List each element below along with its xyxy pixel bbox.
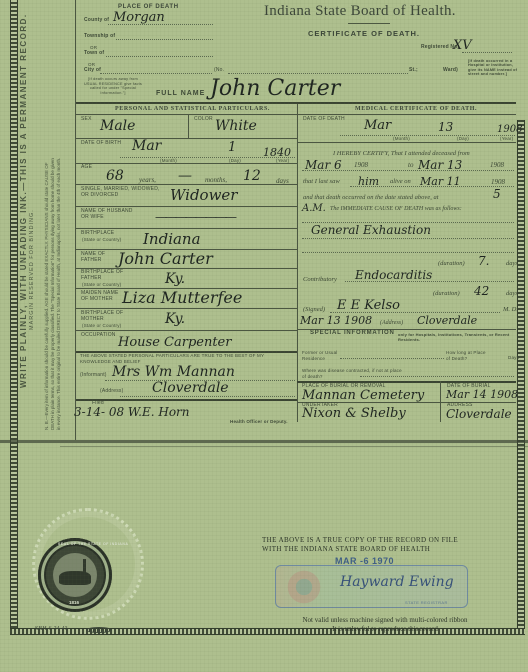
registrar-signature: Hayward Ewing [340,574,454,590]
row-rule [76,228,297,229]
hospital-note: [If death occurred in a Hospital or Inst… [468,59,520,76]
birthplace-label: BIRTHPLACE [81,231,114,237]
informant-label: (Informant) [80,373,107,379]
row-rule [76,330,297,331]
cause-duration-label: (duration) [438,260,465,267]
attest-statement: THE ABOVE STATED PERSONAL PARTICULARS AR… [80,353,295,364]
spouse-label: NAME OF HUSBAND OR WIFE [81,209,141,220]
cause-line-2 [302,238,514,239]
binding-notice: MARGIN RESERVED FOR BINDING. [29,209,35,330]
margin-divider [75,0,76,440]
full-name-label: FULL NAME [156,91,205,97]
dod-label: DATE OF DEATH [303,117,345,123]
sex-label: SEX [81,117,92,123]
last-saw-line [350,186,514,187]
burial-place-value: Mannan Cemetery [302,388,424,403]
row-rule [76,308,297,309]
undertaker-address-value: Cloverdale [446,407,512,421]
validity-notice: Not valid unless machine signed with mul… [275,616,495,634]
nb-instructions: N. B.—Every item of information should b… [44,10,62,430]
personal-particulars-heading: PERSONAL AND STATISTICAL PARTICULARS. [115,106,270,112]
informant-value: Mrs Wm Mannan [112,364,235,380]
city-line [100,73,212,74]
full-name-value: John Carter [210,76,340,101]
dod-month-caption: (Month) [393,136,410,142]
father-birthplace-label: BIRTHPLACE OF FATHER [81,270,126,281]
right-ornamental-border [517,120,525,634]
cause-value: General Exhaustion [311,223,431,237]
certification-line-2: WITH THE INDIANA STATE BOARD OF HEALTH [262,545,458,554]
row-rule [76,184,297,185]
dob-day: 1 [228,140,236,155]
mother-birthplace-sub: (State or Country) [82,323,121,329]
spouse-value: ———————— [155,210,235,224]
informant-address-value: Cloverdale [152,380,229,396]
away-note: [If death occurs away from USUAL RESIDEN… [82,77,144,95]
seal-year: 1816 [69,600,79,605]
contributory-value: Endocarditis [355,268,432,282]
special-info-heading: SPECIAL INFORMATION [310,331,395,337]
county-value: Morgan [113,10,165,25]
last-saw-text: that I last saw [303,178,340,185]
contrib-duration-value: 42 [474,284,489,298]
left-ornamental-border [10,0,18,632]
birthplace-sub: (State or Country) [82,237,121,243]
dod-year: 1908 [497,124,522,135]
former-residence-label: Former or Usual Residence [302,350,342,361]
where-contracted-label: Where was disease contracted, if not at … [302,368,402,379]
last-saw-year: 1908 [491,178,505,186]
address-line [120,396,295,397]
physician-address-label: (Address) [380,320,403,326]
father-birthplace-sub: (State or Country) [82,282,121,288]
ornament-icon [86,627,112,633]
alive-on-label: alive on [390,178,411,185]
medical-certificate-heading: MEDICAL CERTIFICATE OF DEATH. [355,106,477,112]
st-label: St.; [409,68,418,74]
column-divider [297,104,298,422]
attended-to-year: 1908 [490,161,504,169]
street-line [228,73,408,74]
town-label: Town of [84,51,104,57]
row-rule [76,206,297,207]
occurred-text: and that death occurred on the date stat… [303,194,439,201]
county-line [108,24,213,25]
mother-value: Liza Mutterfee [122,288,242,307]
registered-no-line [462,52,512,53]
row-rule [76,138,297,139]
father-label: NAME OF FATHER [81,252,121,263]
birthplace-value: Indiana [143,230,201,248]
dob-month: Mar [132,138,161,154]
registrar-label: Health Officer or Deputy. [230,419,288,425]
occupation-label: OCCUPATION [81,333,116,339]
age-label: AGE [81,165,92,171]
state-registrar-caption: STATE REGISTRAR [405,600,448,605]
certification-line-1: THE ABOVE IS A TRUE COPY OF THE RECORD O… [262,536,458,545]
validity-line-2: It is unlawful to reproduce this record [275,625,495,634]
county-label: County of [84,18,109,24]
contributory-line [345,281,514,282]
to-label: to [408,161,413,169]
age-days: 12 [243,168,261,184]
sex-value: Male [100,118,135,134]
death-certificate-paper: WRITE PLAINLY, WITH UNFADING INK.—THIS I… [0,0,528,672]
informant-address-label: (Address) [100,389,123,395]
signed-value: E E Kelso [337,298,400,313]
row-rule [297,142,516,143]
contributory-label: Contributory [303,276,337,283]
dob-label: DATE OF BIRTH [81,141,121,147]
physician-address-value: Cloverdale [417,314,477,327]
months-caption: months, [205,176,227,184]
form-number: SBH-6-24-43 [35,626,68,632]
how-long-label: How long at Place of Death? [446,350,488,361]
hour-value: 5 [493,187,501,201]
certification-text: THE ABOVE IS A TRUE COPY OF THE RECORD O… [262,536,458,554]
dod-line [340,135,515,136]
cause-duration-value: 7. [478,254,489,268]
sex-color-divider [188,114,189,138]
cause-line-3 [302,252,514,253]
years-caption: years, [139,176,156,184]
dod-day-caption: (Day) [457,136,469,142]
ink-notice: WRITE PLAINLY, WITH UNFADING INK.—THIS I… [19,13,28,388]
document-title: Indiana State Board of Health. [264,3,456,20]
seal-ring-text: SEAL OF THE STATE OF INDIANA [58,542,128,546]
father-value: John Carter [118,249,213,268]
attended-from-year: 1908 [354,161,368,169]
contrib-days-label: days [506,290,518,297]
mother-birthplace-label: BIRTHPLACE OF MOTHER [81,311,126,322]
ampm-value: A.M. [302,203,326,214]
mother-birthplace-value: Ky. [165,311,185,327]
heading-divider [76,114,516,115]
md-label: M. D. [503,306,518,313]
ward-label: Ward) [443,68,458,74]
how-long-days: Days [508,355,519,361]
cause-days-label: days [506,260,518,267]
town-line [106,56,213,57]
signed-date: Mar 13 1908 [300,314,372,327]
contrib-duration-label: (duration) [433,290,460,297]
cause-text: The IMMEDIATE CAUSE OF DEATH was as foll… [330,206,462,212]
age-years: 68 [106,168,124,184]
rosette-icon [285,568,323,606]
document-subtitle: CERTIFICATE OF DEATH. [308,29,420,38]
special-info-note: only for Hospitals, Institutions, Transi… [398,332,516,342]
marital-value: Widower [170,186,237,204]
township-line [116,39,213,40]
burial-date-value: Mar 14 1908 [446,388,518,401]
dod-month: Mar [364,118,391,133]
row-rule [76,163,297,164]
color-value: White [215,118,257,134]
marital-label: SINGLE, MARRIED, WIDOWED, OR DIVORCED [81,187,161,198]
paper-fold [0,440,528,443]
validity-line-1: Not valid unless machine signed with mul… [275,616,495,625]
township-label: Township of [84,34,115,40]
row-rule [76,399,297,401]
nb-line-3: in every instance. This entire original … [56,10,62,430]
color-label: COLOR [194,117,213,123]
seal-bison-scene [53,553,97,597]
name-divider [76,102,516,104]
former-residence-line [340,358,444,359]
registered-no-value: XV [453,38,472,53]
dod-day: 13 [438,120,453,134]
dob-line [120,157,295,158]
city-label: City of [84,68,101,74]
undertaker-value: Nixon & Shelby [302,406,406,421]
occupation-value: House Carpenter [118,335,231,350]
dod-year-caption: (Year) [500,136,513,142]
street-no-label: (No. [214,68,224,74]
attended-line [302,170,514,171]
mother-label: MAIDEN NAME OF MOTHER [81,291,126,302]
where-contracted-line [360,376,514,377]
certify-text: I HEREBY CERTIFY, That I attended deceas… [333,150,470,157]
signed-line [330,312,500,313]
title-underline [348,23,390,24]
filed-value: 3-14- 08 W.E. Horn [74,405,190,419]
paper-fold-shadow [60,446,528,447]
father-birthplace-value: Ky. [165,271,185,287]
age-months: — [178,168,192,184]
signed-label: (Signed) [303,306,325,313]
